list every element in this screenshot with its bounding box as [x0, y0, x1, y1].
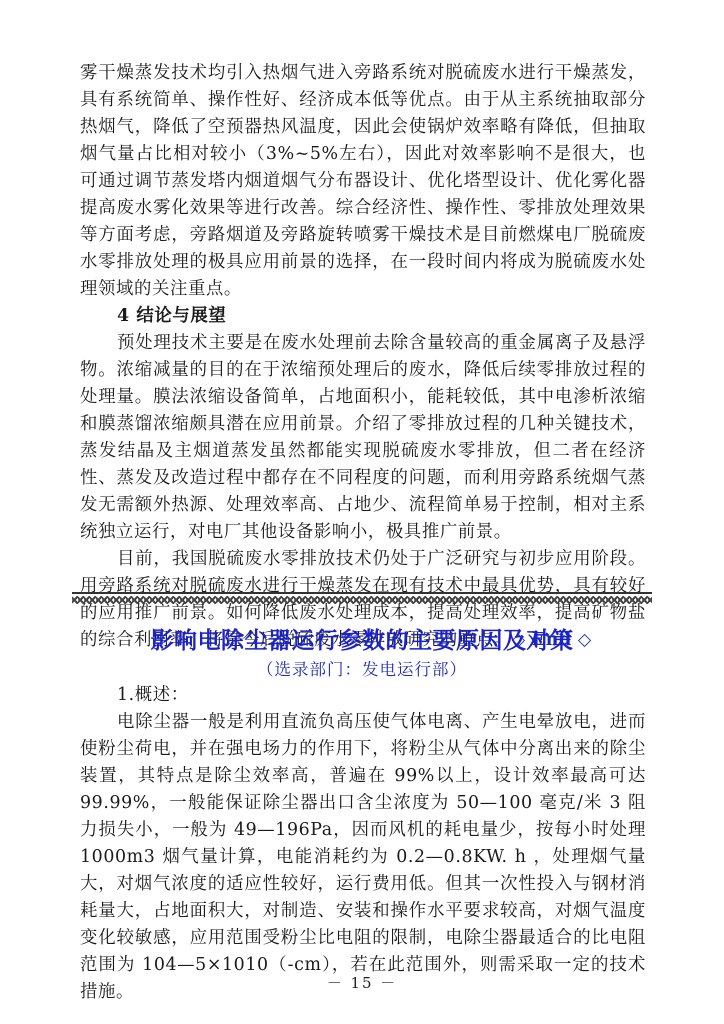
continuation-paragraph: 雾干燥蒸发技术均引入热烟气进入旁路系统对脱硫废水进行干燥蒸发，具有系统简单、操作…: [80, 60, 646, 303]
section-heading-overview: 1.概述：: [80, 682, 646, 709]
section-divider: [72, 592, 652, 606]
article-subtitle: （选录部门：发电运行部）: [0, 656, 724, 680]
divider-zigzag: [72, 596, 652, 604]
article-title: 影响电除尘器运行参数的主要原因及对策: [0, 622, 724, 655]
conclusion-paragraph-1: 预处理技术主要是在废水处理前去除含量较高的重金属离子及悬浮物。浓缩减量的目的在于…: [80, 330, 646, 546]
article1-body: 雾干燥蒸发技术均引入热烟气进入旁路系统对脱硫废水进行干燥蒸发，具有系统简单、操作…: [80, 60, 646, 654]
divider-line: [72, 592, 652, 594]
article2-body: 1.概述： 电除尘器一般是利用直流负高压使气体电离、产生电晕放电，进而使粉尘荷电…: [80, 682, 646, 1006]
section-heading-conclusion: 4 结论与展望: [80, 303, 646, 330]
overview-paragraph: 电除尘器一般是利用直流负高压使气体电离、产生电晕放电，进而使粉尘荷电，并在强电场…: [80, 709, 646, 1006]
page-number: － 15 －: [0, 972, 724, 993]
